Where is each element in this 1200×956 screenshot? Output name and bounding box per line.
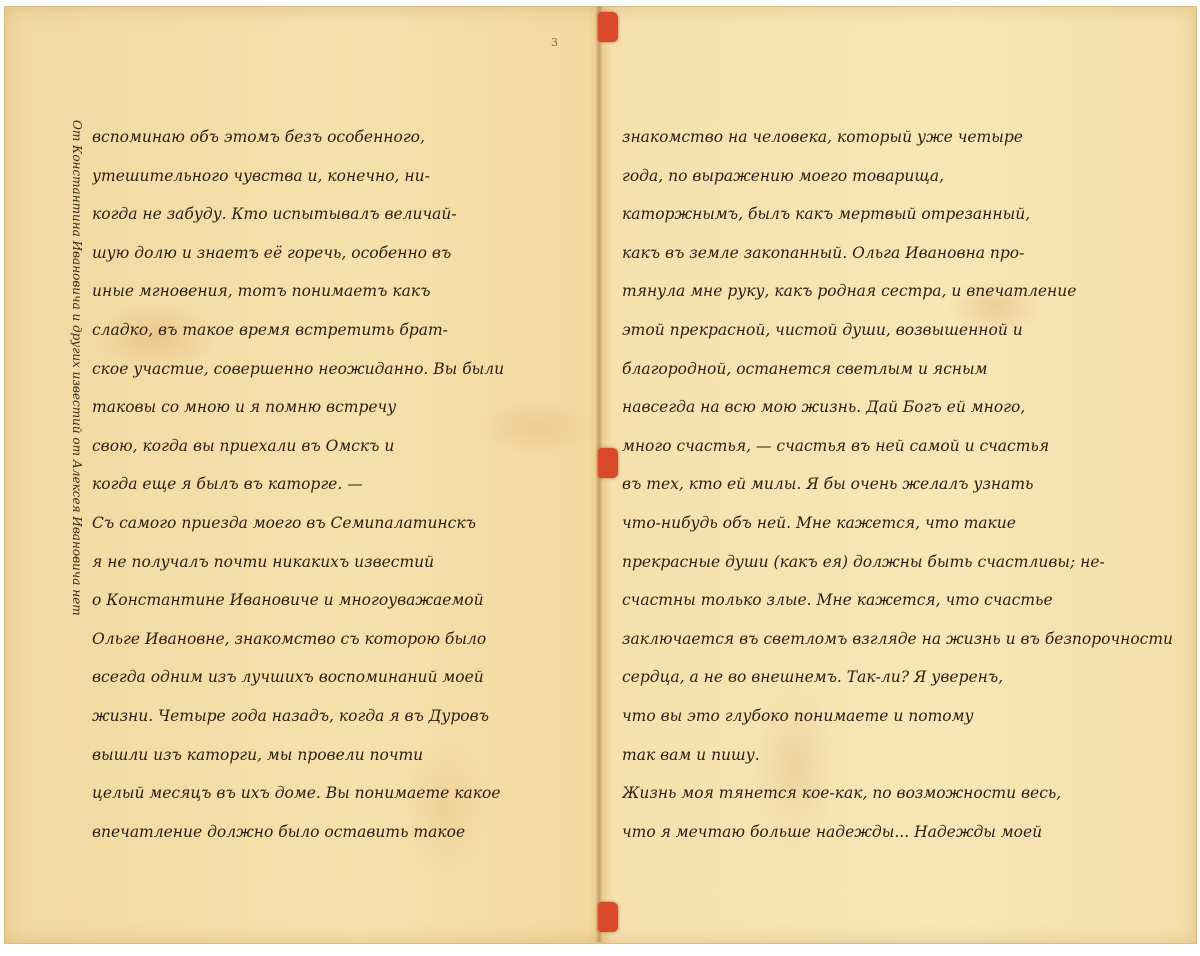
text-line: всегда одним изъ лучшихъ воспоминаний мо… xyxy=(92,658,592,697)
text-line: благородной, останется светлым и ясным xyxy=(622,350,1182,389)
text-line: что я мечтаю больше надежды... Надежды м… xyxy=(622,813,1182,852)
text-line: впечатление должно было оставить такое xyxy=(92,813,592,852)
wax-seal-bottom xyxy=(598,902,618,932)
text-line: так вам и пишу. xyxy=(622,736,1182,775)
text-line: когда не забуду. Кто испытывалъ величай- xyxy=(92,195,592,234)
text-line: прекрасные души (какъ ея) должны быть сч… xyxy=(622,543,1182,582)
text-line: свою, когда вы приехали въ Омскъ и xyxy=(92,427,592,466)
text-line: заключается въ светломъ взгляде на жизнь… xyxy=(622,620,1182,659)
text-line: каторжнымъ, былъ какъ мертвый отрезанный… xyxy=(622,195,1182,234)
text-line: какъ въ земле закопанный. Ольга Ивановна… xyxy=(622,234,1182,273)
text-line: ское участие, совершенно неожиданно. Вы … xyxy=(92,350,592,389)
text-line: вышли изъ каторги, мы провели почти xyxy=(92,736,592,775)
text-line: утешительного чувства и, конечно, ни- xyxy=(92,157,592,196)
text-line: сладко, въ такое время встретить брат- xyxy=(92,311,592,350)
text-line: что-нибудь объ ней. Мне кажется, что так… xyxy=(622,504,1182,543)
text-line: Съ самого приезда моего въ Семипалатинск… xyxy=(92,504,592,543)
text-line: знакомство на человека, который уже четы… xyxy=(622,118,1182,157)
text-line: иные мгновения, тотъ понимаетъ какъ xyxy=(92,272,592,311)
text-line: много счастья, — счастья въ ней самой и … xyxy=(622,427,1182,466)
page-number-mark: 3 xyxy=(551,36,558,49)
text-line: шую долю и знаетъ её горечь, особенно въ xyxy=(92,234,592,273)
text-line: я не получалъ почти никакихъ известий xyxy=(92,543,592,582)
wax-seal-middle xyxy=(598,448,618,478)
text-line: года, по выражению моего товарища, xyxy=(622,157,1182,196)
text-line: целый месяцъ въ ихъ доме. Вы понимаете к… xyxy=(92,774,592,813)
text-line: этой прекрасной, чистой души, возвышенно… xyxy=(622,311,1182,350)
text-line: сердца, а не во внешнемъ. Так-ли? Я увер… xyxy=(622,658,1182,697)
left-page: вспоминаю объ этомъ безъ особенного, уте… xyxy=(92,118,592,851)
text-line: въ тех, кто ей милы. Я бы очень желалъ у… xyxy=(622,465,1182,504)
text-line: счастны только злые. Мне кажется, что сч… xyxy=(622,581,1182,620)
margin-note-vertical: От Константина Ивановича и других извест… xyxy=(66,120,88,920)
text-line: о Константине Ивановиче и многоуважаемой xyxy=(92,581,592,620)
text-line: таковы со мною и я помню встречу xyxy=(92,388,592,427)
text-line: Жизнь моя тянется кое-как, по возможност… xyxy=(622,774,1182,813)
right-page: знакомство на человека, который уже четы… xyxy=(622,118,1182,851)
text-line: Ольге Ивановне, знакомство съ которою бы… xyxy=(92,620,592,659)
text-line: что вы это глубоко понимаете и потому xyxy=(622,697,1182,736)
text-line: вспоминаю объ этомъ безъ особенного, xyxy=(92,118,592,157)
text-line: тянула мне руку, какъ родная сестра, и в… xyxy=(622,272,1182,311)
text-line: жизни. Четыре года назадъ, когда я въ Ду… xyxy=(92,697,592,736)
text-line: когда еще я былъ въ каторге. — xyxy=(92,465,592,504)
text-line: навсегда на всю мою жизнь. Дай Богъ ей м… xyxy=(622,388,1182,427)
wax-seal-top xyxy=(598,12,618,42)
